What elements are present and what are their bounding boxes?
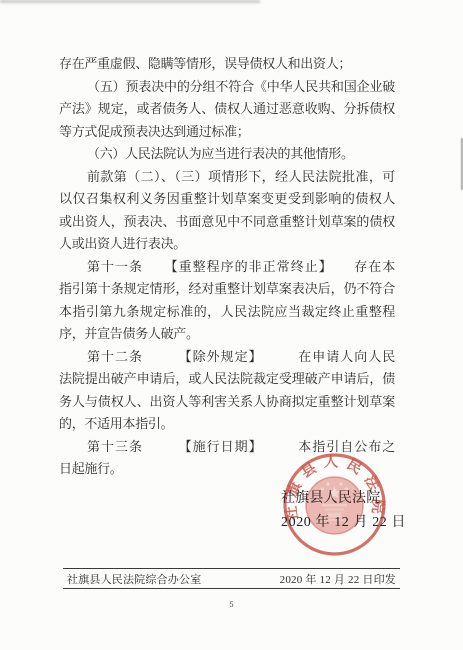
body-line: 序，并宣告债务人破产。 [59,323,395,346]
signature-block: 社旗县人民法院 2020 年 12 月 22 日 [281,487,406,535]
body-line: 指引第十条规定情形，经对重整计划草案表决后，仍不符合 [59,278,395,301]
body-line: 以仅召集权利义务因重整计划草案变更受到影响的债权人 [59,188,395,211]
body-line: 产法》规定，或者债务人、债权人通过恶意收购、分拆债权 [59,98,395,121]
body-line: 存在严重虚假、隐瞒等情形，误导债权人和出资人； [59,53,395,76]
body-line: 等方式促成预表决达到通过标准； [59,121,395,144]
footer-issuer: 社旗县人民法院综合办公室 [67,571,201,587]
footer-print-date: 2020 年 12 月 22 日印发 [280,571,396,587]
body-line: 本指引第九条规定标准的，人民法院应当裁定终止重整程 [59,301,395,324]
body-line: 前款第（二）、（三）项情形下，经人民法院批准，可 [59,166,395,189]
body-line: （六）人民法院认为应当进行表决的其他情形。 [59,143,395,166]
body-line: 或出资人，预表决、书面意见中不同意重整计划草案的债权 [59,211,395,234]
body-line-article-11: 第十一条 【重整程序的非正常终止】 存在本 [59,256,395,279]
body-line: 务人与债权人、出资人等利害关系人协商拟定重整计划草案 [59,391,395,414]
body-line: 的，不适用本指引。 [59,413,395,436]
signature-court-name: 社旗县人民法院 [281,487,406,511]
document-footer: 社旗县人民法院综合办公室 2020 年 12 月 22 日印发 [63,568,400,589]
body-line-article-12: 第十二条 【除外规定】 在申请人向人民 [59,346,395,369]
body-line: （五）预表决中的分组不符合《中华人民共和国企业破 [59,76,395,99]
signature-date: 2020 年 12 月 22 日 [281,511,406,535]
body-line: 人或出资人进行表决。 [59,233,395,256]
body-line: 法院提出破产申请后，或人民法院裁定受理破产申请后，债 [59,368,395,391]
document-page: 存在严重虚假、隐瞒等情形，误导债权人和出资人； （五）预表决中的分组不符合《中华… [0,0,463,650]
scan-artifact-top [0,0,260,3]
page-number: 5 [0,600,463,609]
document-body: 存在严重虚假、隐瞒等情形，误导债权人和出资人； （五）预表决中的分组不符合《中华… [59,53,395,481]
